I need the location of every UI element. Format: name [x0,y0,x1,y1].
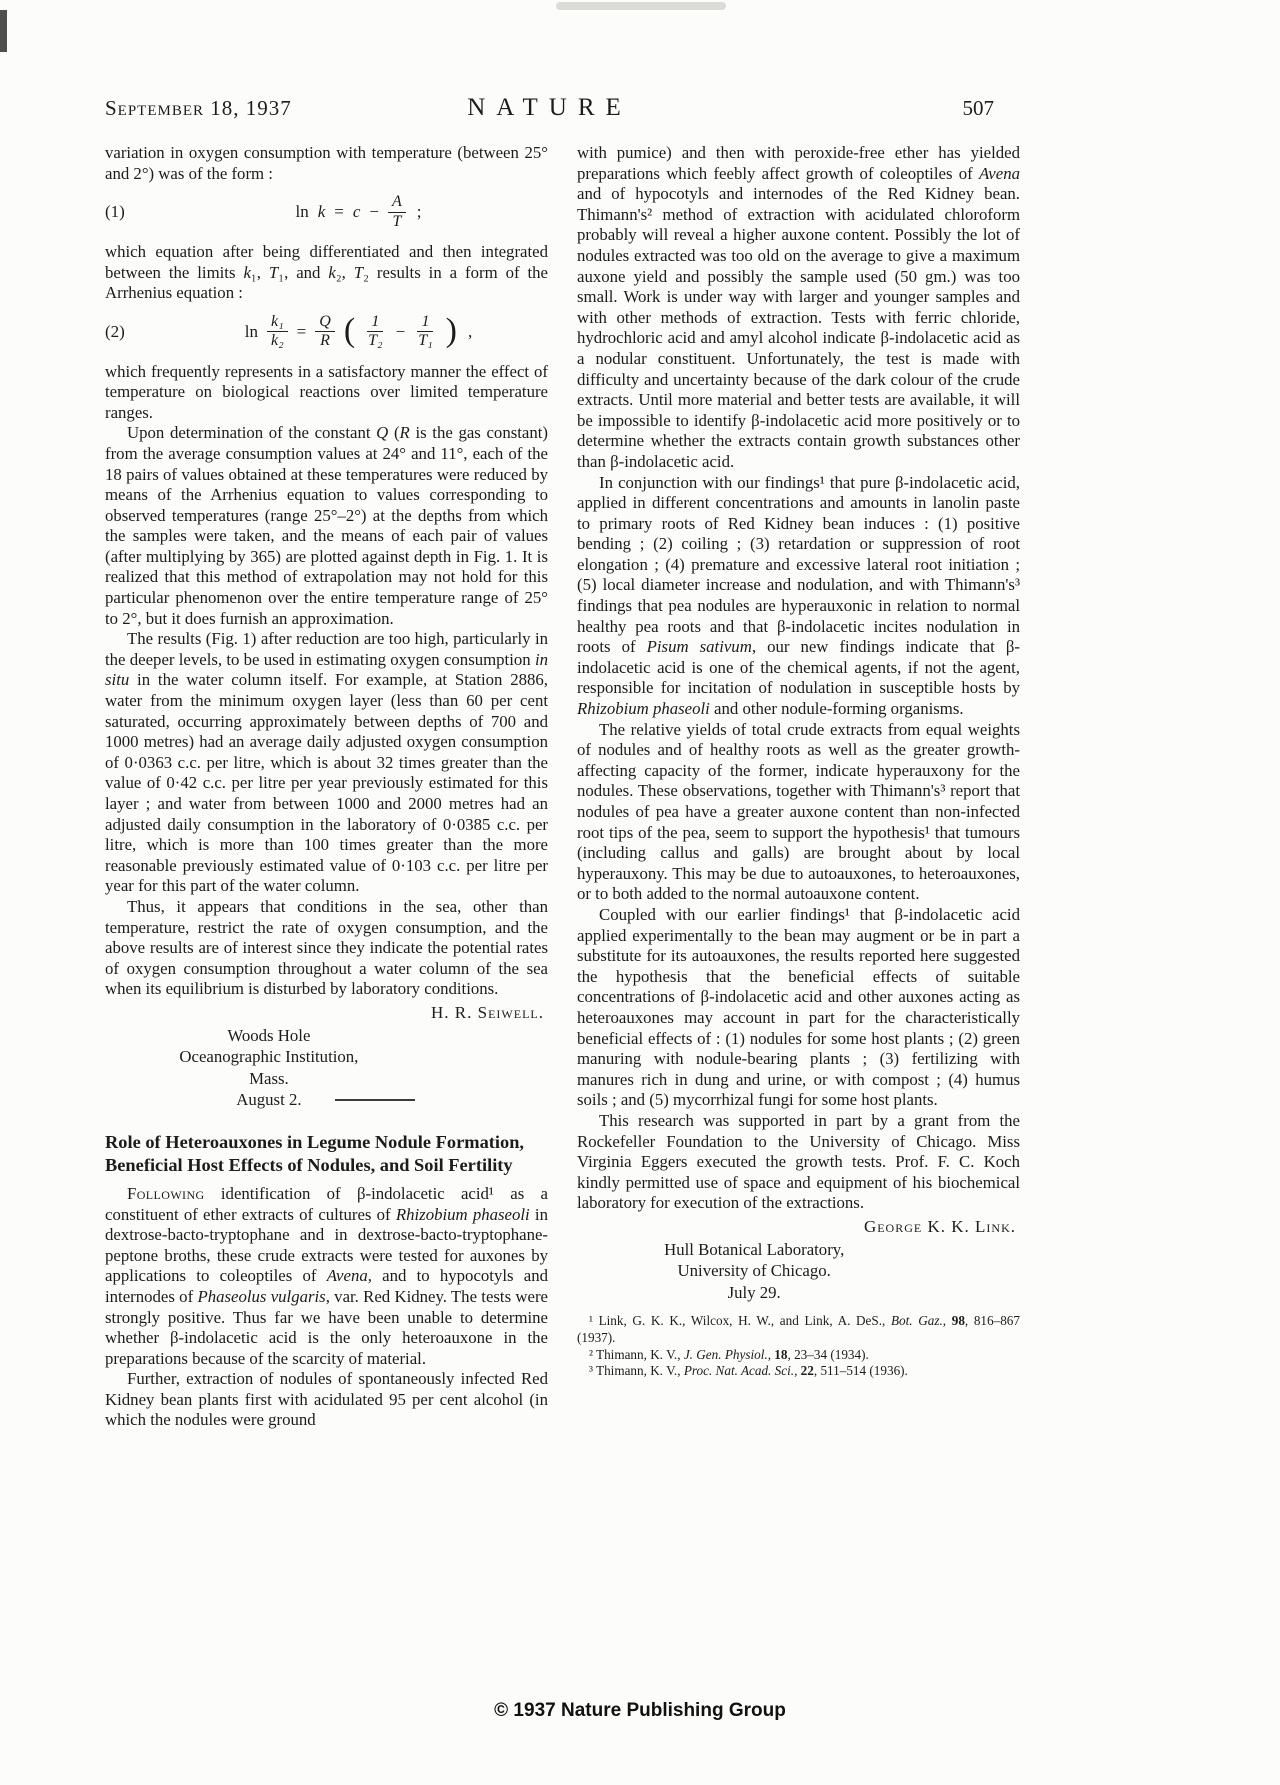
equation-punctuation: , [468,322,472,342]
paragraph: The results (Fig. 1) after reduction are… [105,629,548,897]
journal-page: September 18, 1937 NATURE 507 variation … [0,0,1280,1785]
equation-punctuation: ; [417,202,422,222]
minus-sign: − [369,202,379,222]
equals-sign: = [297,322,307,342]
page-number: 507 [698,96,1020,121]
ln-operator: ln [245,322,258,342]
open-parenthesis: ( [344,314,355,348]
paragraph: Upon determination of the constant Q (R … [105,423,548,629]
fraction-denominator: k₂ [267,332,288,350]
paragraph: Coupled with our earlier findings¹ that … [577,905,1020,1111]
scan-artifact [0,10,7,52]
reference-list: ¹ Link, G. K. K., Wilcox, H. W., and Lin… [577,1313,1020,1379]
minus-sign: − [396,322,406,342]
variable-c: c [353,202,361,222]
left-column: variation in oxygen consumption with tem… [105,143,548,1431]
fraction-numerator: A [388,193,406,212]
fraction-1-over-T1: 1 T₁ [414,313,436,351]
fraction-numerator: Q [315,313,335,332]
paragraph: Thus, it appears that conditions in the … [105,897,548,1000]
paragraph: with pumice) and then with peroxide-free… [577,143,1020,473]
author-signature: H. R. Seiwell. [105,1003,548,1023]
scan-artifact [556,2,726,10]
equation-1-number: (1) [105,202,169,222]
paragraph: In conjunction with our findings¹ that p… [577,473,1020,720]
paragraph: which frequently represents in a satisfa… [105,362,548,424]
address-line: Oceanographic Institution, [105,1046,433,1068]
fraction-A-over-T: A T [388,193,406,231]
paragraph: which equation after being differentiate… [105,242,548,304]
fraction-numerator: k₁ [267,313,288,332]
running-head: September 18, 1937 NATURE 507 [105,94,1020,122]
two-column-layout: variation in oxygen consumption with tem… [105,143,1020,1431]
fraction-denominator: R [316,332,334,350]
author-signature: George K. K. Link. [577,1217,1020,1237]
fraction-k1-over-k2: k₁ k₂ [267,313,288,351]
article-title: Role of Heteroauxones in Legume Nodule F… [105,1131,548,1178]
fraction-numerator: 1 [417,313,433,332]
address-line: July 29. [577,1282,931,1304]
reference-item: ² Thimann, K. V., J. Gen. Physiol., 18, … [577,1347,1020,1364]
variable-k: k [318,202,326,222]
issue-date: September 18, 1937 [105,96,401,121]
paragraph: This research was supported in part by a… [577,1111,1020,1214]
reference-item: ³ Thimann, K. V., Proc. Nat. Acad. Sci.,… [577,1363,1020,1380]
fraction-numerator: 1 [367,313,383,332]
fraction-1-over-T2: 1 T₂ [364,313,386,351]
journal-title: NATURE [401,94,697,122]
paragraph: The relative yields of total crude extra… [577,720,1020,905]
author-address: Hull Botanical Laboratory, University of… [577,1239,931,1304]
close-parenthesis: ) [446,314,457,348]
equation-2-number: (2) [105,322,169,342]
section-divider [335,1099,415,1101]
right-column: with pumice) and then with peroxide-free… [577,143,1020,1431]
equation-2-body: ln k₁ k₂ = Q R ( 1 T₂ − [169,313,548,351]
paragraph: variation in oxygen consumption with tem… [105,143,548,184]
copyright-notice: © 1937 Nature Publishing Group [0,1700,1280,1722]
reference-item: ¹ Link, G. K. K., Wilcox, H. W., and Lin… [577,1313,1020,1346]
address-line: University of Chicago. [577,1260,931,1282]
address-line: Hull Botanical Laboratory, [577,1239,931,1261]
fraction-denominator: T₂ [364,332,386,350]
paragraph: Following identification of β-indolaceti… [105,1184,548,1369]
address-line: Woods Hole [105,1025,433,1047]
fraction-denominator: T [388,213,405,231]
ln-operator: ln [295,202,308,222]
fraction-denominator: T₁ [414,332,436,350]
address-line: Mass. [105,1068,433,1090]
equals-sign: = [334,202,344,222]
equation-1: (1) ln k = c − A T ; [105,193,548,231]
equation-2: (2) ln k₁ k₂ = Q R ( 1 T₂ [105,313,548,351]
fraction-Q-over-R: Q R [315,313,335,351]
paragraph: Further, extraction of nodules of sponta… [105,1369,548,1431]
equation-1-body: ln k = c − A T ; [169,193,548,231]
